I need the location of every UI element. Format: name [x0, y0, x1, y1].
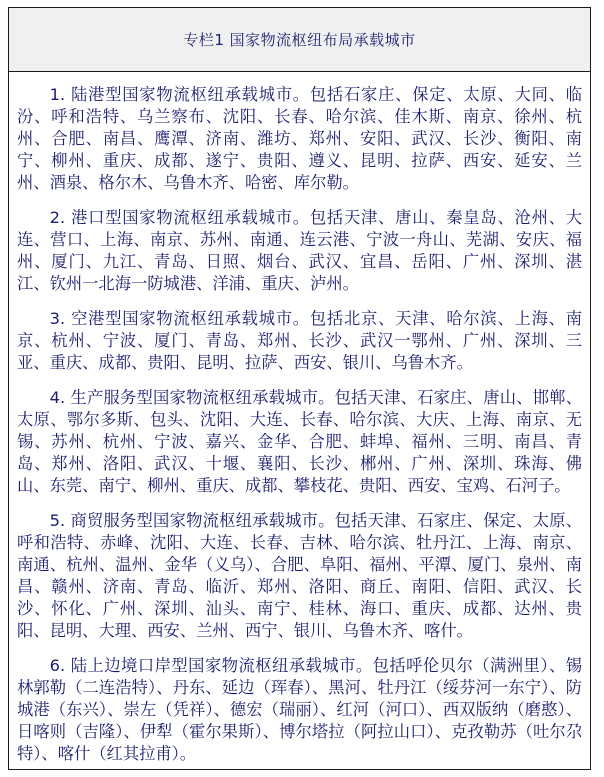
section-production-service: 4. 生产服务型国家物流枢纽承载城市。包括天津、石家庄、唐山、邯郸、太原、鄂尔多… [17, 387, 582, 497]
section-land-port: 1. 陆港型国家物流枢纽承载城市。包括石家庄、保定、太原、大同、临汾、呼和浩特、… [17, 84, 582, 194]
column-box: 专栏1 国家物流枢纽布局承载城市 1. 陆港型国家物流枢纽承载城市。包括石家庄、… [8, 7, 591, 770]
column-content: 1. 陆港型国家物流枢纽承载城市。包括石家庄、保定、太原、大同、临汾、呼和浩特、… [9, 72, 590, 765]
section-sea-port: 2. 港口型国家物流枢纽承载城市。包括天津、唐山、秦皇岛、沧州、大连、营口、上海… [17, 207, 582, 295]
section-trade-service: 5. 商贸服务型国家物流枢纽承载城市。包括天津、石家庄、保定、太原、呼和浩特、赤… [17, 510, 582, 642]
section-air-port: 3. 空港型国家物流枢纽承载城市。包括北京、天津、哈尔滨、上海、南京、杭州、宁波… [17, 308, 582, 374]
section-border-port: 6. 陆上边境口岸型国家物流枢纽承载城市。包括呼伦贝尔（满洲里）、锡林郭勒（二连… [17, 655, 582, 765]
column-title: 专栏1 国家物流枢纽布局承载城市 [183, 29, 415, 50]
column-header: 专栏1 国家物流枢纽布局承载城市 [9, 8, 590, 72]
